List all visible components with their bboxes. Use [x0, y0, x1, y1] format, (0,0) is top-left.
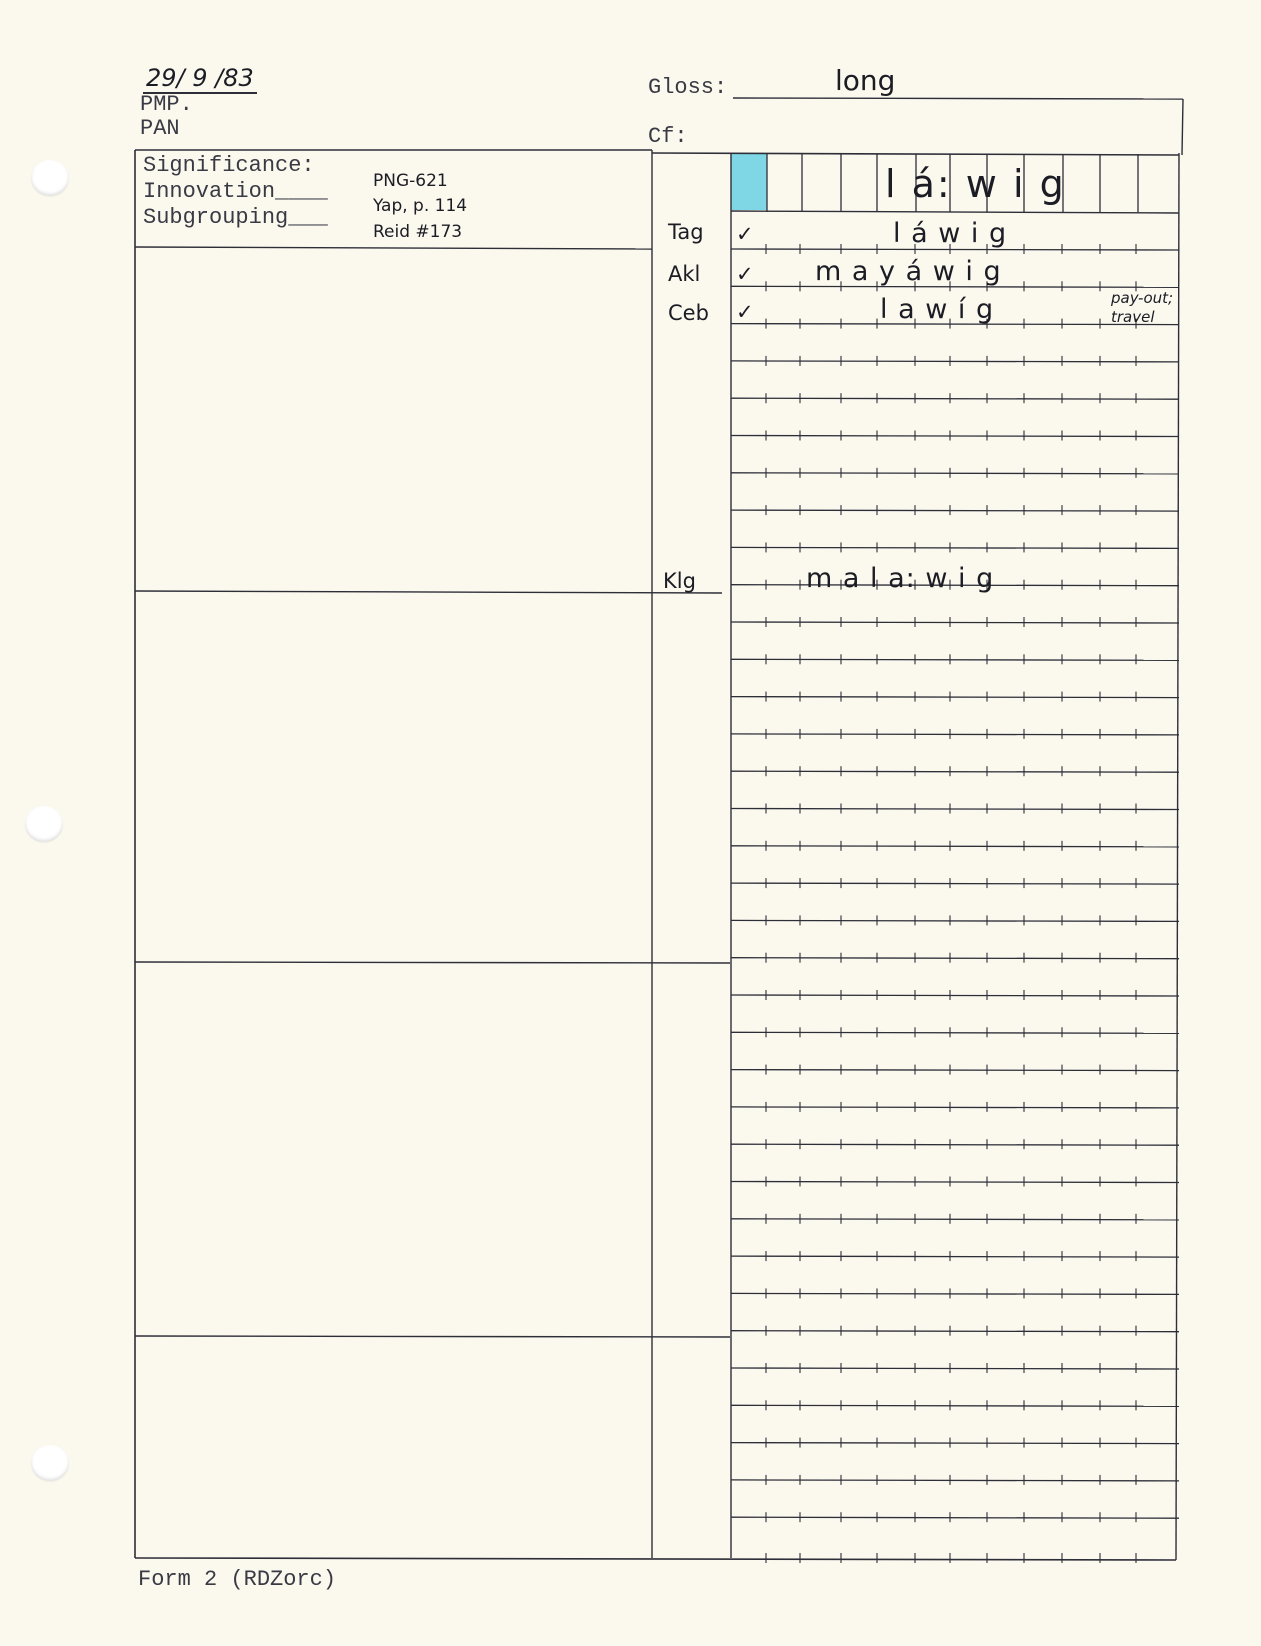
reference-reid: Reid #173: [373, 219, 462, 245]
significance-title: Significance:: [143, 153, 315, 179]
note-ceb: pay-out; travel: [1111, 289, 1181, 327]
language-klg: Klg: [663, 569, 696, 593]
form-ceb: l a w í g: [880, 294, 994, 325]
level-pmp: PMP.: [140, 92, 193, 118]
date-written: 29/ 9 /83: [143, 64, 257, 94]
reference-png: PNG-621: [373, 168, 448, 194]
check-ceb: ✓: [736, 300, 754, 324]
cf-label: Cf:: [648, 124, 688, 150]
innovation-label: Innovation____: [143, 179, 328, 205]
form-akl: m a y á w i g: [815, 256, 1002, 287]
gloss-value: long: [835, 64, 895, 97]
form-klg: m a l a: w i g: [806, 563, 994, 594]
form-grid: [0, 0, 1261, 1646]
form-tag: l á w i g: [893, 218, 1007, 249]
form-label: Form 2 (RDZorc): [138, 1567, 336, 1593]
subgrouping-label: Subgrouping___: [143, 205, 328, 231]
language-akl: Akl: [668, 262, 700, 286]
reconstructed-form: l á: w i g: [885, 162, 1066, 206]
language-ceb: Ceb: [668, 301, 709, 325]
language-tag: Tag: [668, 220, 704, 244]
level-pan: PAN: [140, 116, 180, 142]
reference-yap: Yap, p. 114: [373, 193, 467, 219]
check-akl: ✓: [736, 262, 754, 286]
check-tag: ✓: [736, 222, 754, 246]
gloss-label: Gloss:: [648, 75, 727, 101]
